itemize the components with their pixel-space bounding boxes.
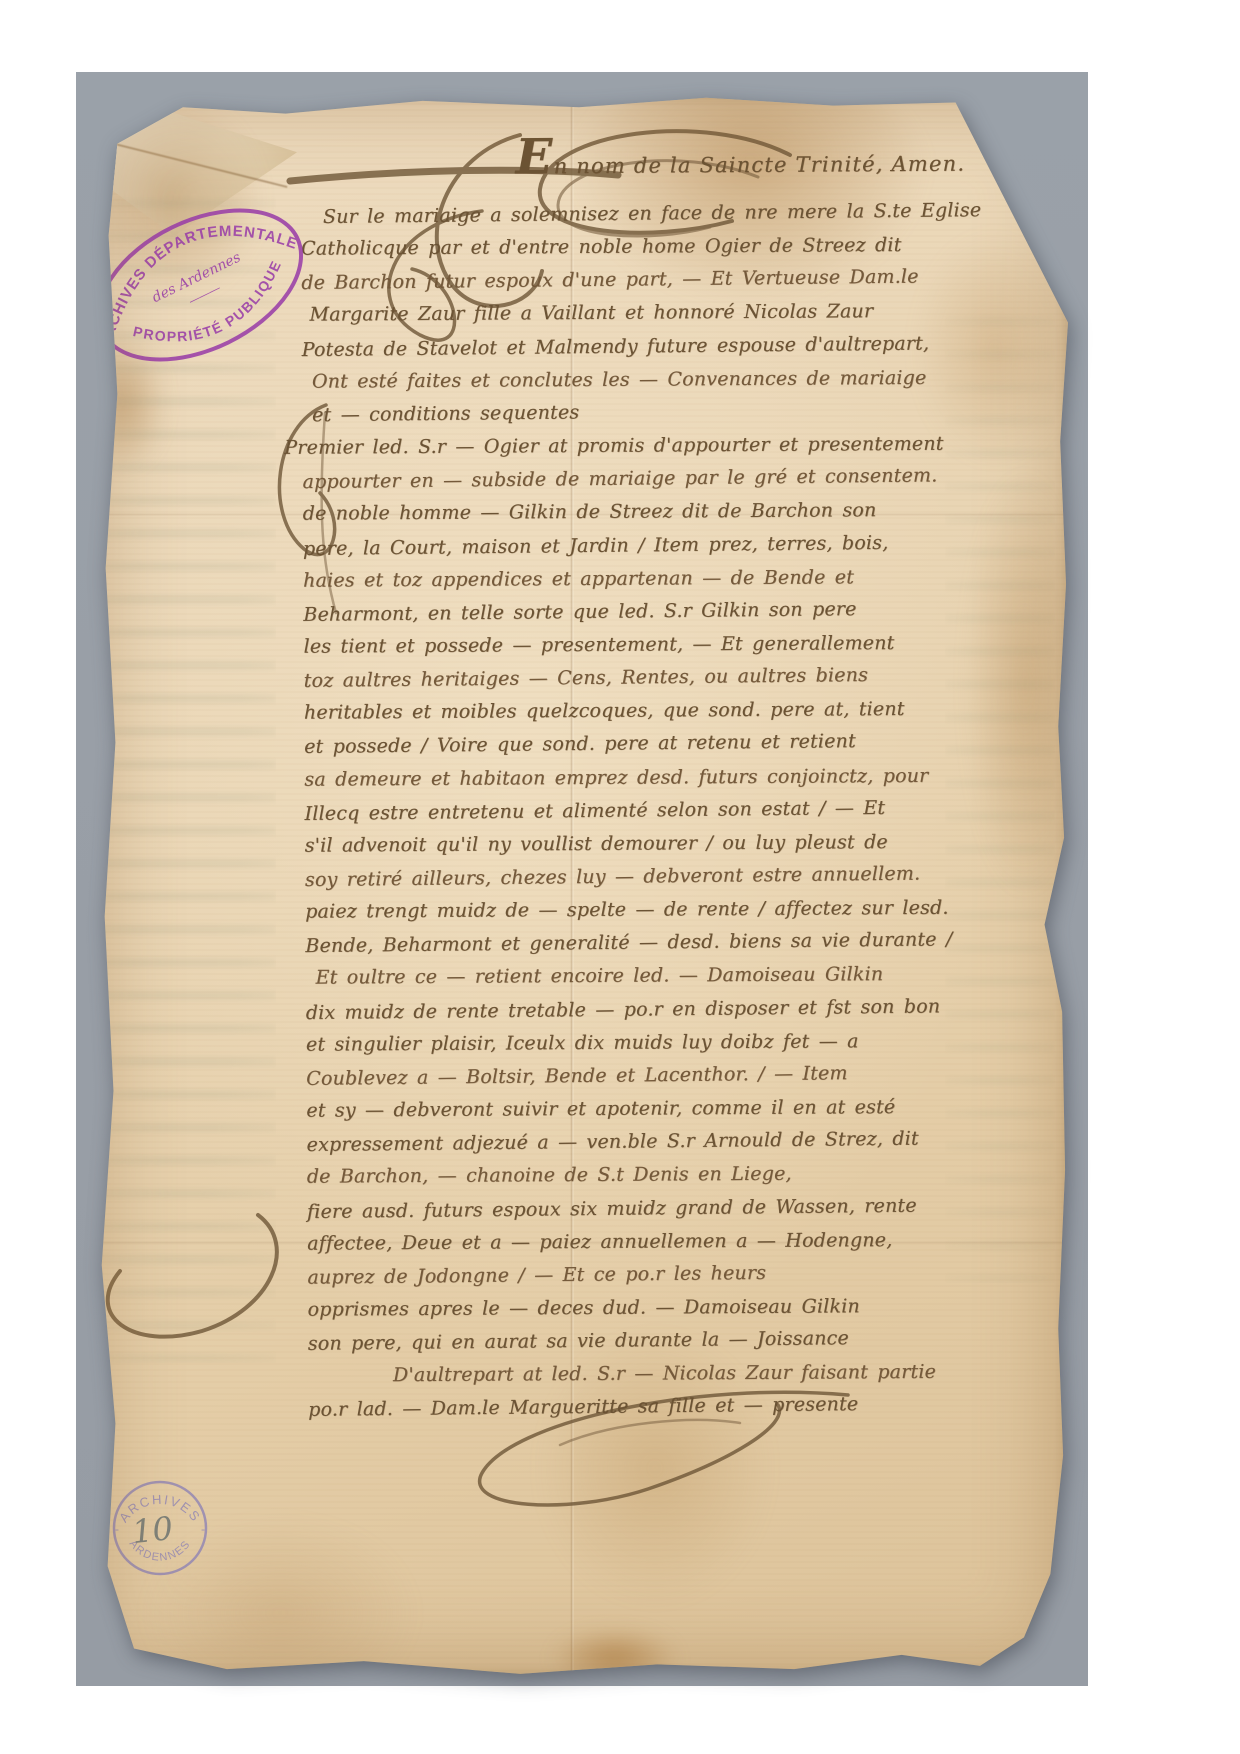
manuscript-line: dix muidz de rente tretable — po.r en di… xyxy=(306,997,941,1023)
manuscript-line: D'aultrepart at led. S.r — Nicolas Zaur … xyxy=(393,1363,936,1385)
manuscript-line: Margarite Zaur fille a Vaillant et honno… xyxy=(309,303,873,325)
manuscript-line: po.r lad. — Dam.le Margueritte sa fille … xyxy=(308,1395,858,1420)
manuscript-line: Ont esté faites et conclutes les — Conve… xyxy=(312,369,927,392)
manuscript-line: affectee, Deue et a — paiez annuellemen … xyxy=(307,1231,892,1254)
manuscript-line: et singulier plaisir, Iceulx dix muids l… xyxy=(306,1032,859,1054)
manuscript-line: expressement adjezué a — ven.ble S.r Arn… xyxy=(306,1130,918,1155)
manuscript-page: En nom de la Saincte Trinité, Amen. Sur … xyxy=(90,93,1068,1677)
manuscript-line: de Barchon futur espoux d'une part, — Et… xyxy=(301,268,918,293)
manuscript-line: fiere ausd. futurs espoux six muidz gran… xyxy=(307,1196,917,1221)
manuscript-line: de noble homme — Gilkin de Streez dit de… xyxy=(303,501,877,524)
manuscript-line: heritables et moibles quelzcoques, que s… xyxy=(304,700,905,723)
manuscript-page-wrap: En nom de la Saincte Trinité, Amen. Sur … xyxy=(90,93,1068,1677)
manuscript-line: et — conditions sequentes xyxy=(312,403,579,425)
manuscript-line: Beharmont, en telle sorte que led. S.r G… xyxy=(303,600,856,625)
manuscript-line: paiez trengt muidz de — spelte — de rent… xyxy=(305,899,949,922)
round-archive-stamp: ARCHIVES ARDENNES - - 10 xyxy=(105,1473,215,1583)
manuscript-line: sa demeure et habitaon emprez desd. futu… xyxy=(304,766,928,789)
page: { "scan": { "background_color": "#9aa0a8… xyxy=(0,0,1240,1754)
manuscript-line: son pere, qui en aurat sa vie durante la… xyxy=(308,1329,849,1354)
manuscript-line: haies et toz appendices et appartenan — … xyxy=(303,568,854,590)
manuscript-header: En nom de la Saincte Trinité, Amen. xyxy=(515,127,965,188)
stain xyxy=(86,1405,116,1431)
manuscript-line: Premier led. S.r — Ogier at promis d'app… xyxy=(284,435,943,458)
manuscript-line: pere, la Court, maison et Jardin / Item … xyxy=(303,533,889,558)
manuscript-line: les tient et possede — presentement, — E… xyxy=(303,634,894,657)
manuscript-line: et sy — debveront suivir et apotenir, co… xyxy=(306,1098,895,1121)
manuscript-line: Potesta de Stavelot et Malmendy future e… xyxy=(302,334,930,360)
stamp-side-mark: - xyxy=(115,1522,119,1536)
manuscript-line: toz aultres heritaiges — Cens, Rentes, o… xyxy=(304,666,869,691)
manuscript-line: auprez de Jodongne / — Et ce po.r les he… xyxy=(307,1264,766,1288)
manuscript-line: Et oultre ce — retient encoire led. — Da… xyxy=(316,966,884,988)
manuscript-line: Coublevez a — Boltsir, Bende et Lacentho… xyxy=(306,1064,848,1089)
manuscript-line: Sur le mariaige a solemnisez en face de … xyxy=(323,201,982,227)
manuscript-line: de Barchon, — chanoine de S.t Denis en L… xyxy=(307,1165,792,1187)
manuscript-line: Illecq estre entretenu et alimenté selon… xyxy=(304,799,885,824)
manuscript-line: Catholicque par et d'entre noble home Og… xyxy=(301,236,902,259)
manuscript-line: Bende, Beharmont et generalité — desd. b… xyxy=(305,931,952,957)
manuscript-line: opprismes apres le — deces dud. — Damois… xyxy=(308,1297,860,1319)
manuscript-line: appourter en — subside de mariaige par l… xyxy=(302,467,937,493)
stamp-side-mark: - xyxy=(201,1522,205,1536)
manuscript-body: Sur le mariaige a solemnisez en face de … xyxy=(85,90,1063,96)
stamp-handwritten-number: 10 xyxy=(130,1509,174,1551)
manuscript-line: soy retiré ailleurs, chezes luy — debver… xyxy=(305,865,920,890)
manuscript-line: s'il advenoit qu'il ny voullist demourer… xyxy=(305,833,888,856)
scan-background: En nom de la Saincte Trinité, Amen. Sur … xyxy=(76,72,1088,1686)
manuscript-line: et possede / Voire que sond. pere at ret… xyxy=(304,732,856,757)
